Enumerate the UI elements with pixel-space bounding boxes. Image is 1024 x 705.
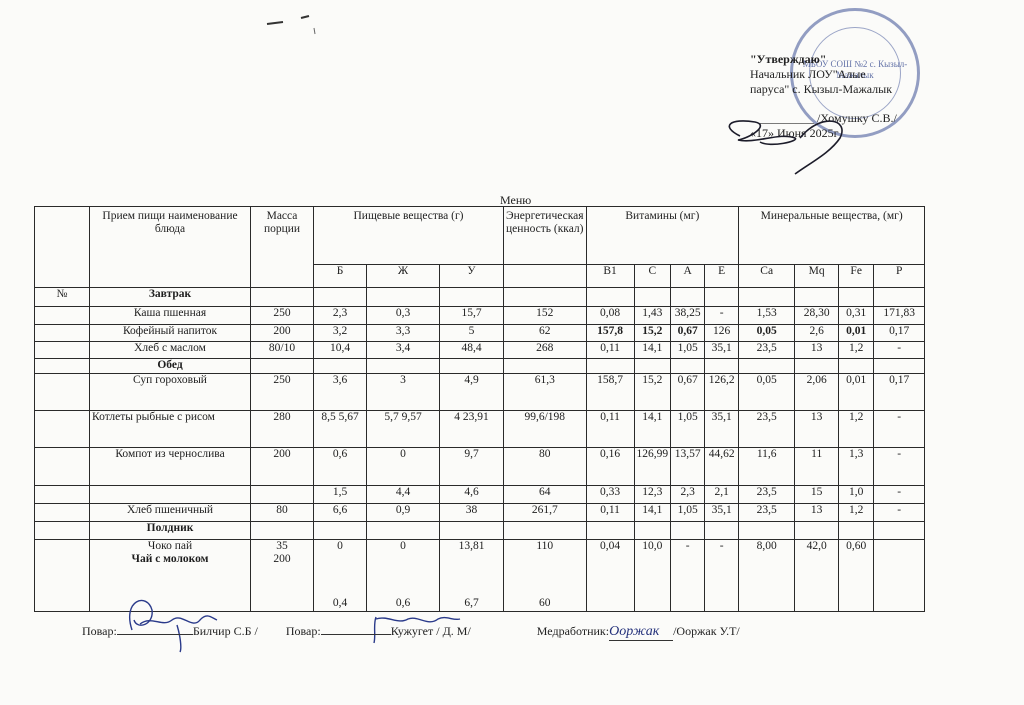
- cell-fe: 0,60: [839, 540, 874, 612]
- cell-name: Суп гороховый: [90, 374, 251, 411]
- cell-mg: 2,6: [795, 325, 839, 342]
- cell-zh: 3,3: [367, 325, 440, 342]
- vitamins-header: Витамины (мг): [586, 207, 739, 265]
- section-row-lunch: Обед: [35, 359, 925, 374]
- cell-name: Хлеб с маслом: [90, 342, 251, 359]
- cell-c: 15,2: [634, 374, 671, 411]
- cell-zh-value: 0: [369, 540, 437, 553]
- cell-e: 126,2: [705, 374, 739, 411]
- cell-zh: 0: [367, 448, 440, 486]
- medic-signature: Ооржак: [609, 624, 673, 641]
- sub-header-p: Р: [874, 265, 925, 288]
- cell-p: 0,17: [874, 374, 925, 411]
- cell-a: 0,67: [671, 325, 705, 342]
- cell-name: Кофейный напиток: [90, 325, 251, 342]
- cell-c: 10,0: [634, 540, 671, 612]
- top-scribble-marks: [265, 10, 355, 45]
- cell-a: 1,05: [671, 411, 705, 448]
- section-snack: Полдник: [90, 522, 251, 540]
- cell-b: 1,5: [314, 486, 367, 504]
- table-row: Кофейный напиток2003,23,3562157,815,20,6…: [35, 325, 925, 342]
- sub-header-mg: Мq: [795, 265, 839, 288]
- cell-ca: 23,5: [739, 411, 795, 448]
- cell-u: 4,6: [440, 486, 504, 504]
- cell-mg: 13: [795, 504, 839, 522]
- minerals-header: Минеральные вещества, (мг): [739, 207, 925, 265]
- cell-e: -: [705, 540, 739, 612]
- cell-zh: 3,4: [367, 342, 440, 359]
- cell-fe: 1,0: [839, 486, 874, 504]
- cell-mass: [251, 486, 314, 504]
- cell-u: 38: [440, 504, 504, 522]
- cell-mass-value: 35: [253, 540, 311, 553]
- cell-b1: 0,33: [586, 486, 634, 504]
- num-header: [35, 207, 90, 288]
- table-row: Хлеб пшеничный806,60,938261,70,1114,11,0…: [35, 504, 925, 522]
- cell-name: Котлеты рыбные с рисом: [90, 411, 251, 448]
- cell-ca: 23,5: [739, 486, 795, 504]
- cell-p: 0,17: [874, 325, 925, 342]
- cell-u: 9,7: [440, 448, 504, 486]
- cell-a: 38,25: [671, 307, 705, 325]
- cell-name-value: Чоко пай: [92, 540, 248, 553]
- cell-b1: 0,04: [586, 540, 634, 612]
- cell-u: 15,7: [440, 307, 504, 325]
- cell-ca: 11,6: [739, 448, 795, 486]
- cell-e: -: [705, 307, 739, 325]
- cell-e: 44,62: [705, 448, 739, 486]
- sub-header-c: С: [634, 265, 671, 288]
- cell-name: Компот из чернослива: [90, 448, 251, 486]
- cell-u: 48,4: [440, 342, 504, 359]
- cell-ca: 0,05: [739, 325, 795, 342]
- cell-mass: 80: [251, 504, 314, 522]
- cell-b1: 0,11: [586, 411, 634, 448]
- cell-fe: 0,31: [839, 307, 874, 325]
- cell-mass: 80/10: [251, 342, 314, 359]
- mass-header: Масса порции: [251, 207, 314, 288]
- sub-header-ca: Са: [739, 265, 795, 288]
- cell-energy: 152: [504, 307, 587, 325]
- sub-header-e: Е: [705, 265, 739, 288]
- medic-name: /Ооржак У.Т/: [673, 624, 740, 639]
- approval-org: паруса" с. Кызыл-Мажалык: [750, 82, 897, 97]
- table-row: Компот из чернослива2000,609,7800,16126,…: [35, 448, 925, 486]
- cell-energy: 61,3: [504, 374, 587, 411]
- energy-header: Энергетическая ценность (ккал): [504, 207, 587, 265]
- cell-energy-value: 110: [506, 540, 584, 553]
- nutrients-header: Пищевые вещества (г): [314, 207, 504, 265]
- cell-energy: 261,7: [504, 504, 587, 522]
- cell-fe: 0,01: [839, 374, 874, 411]
- sub-header-u: У: [440, 265, 504, 288]
- cell-mass: 200: [251, 448, 314, 486]
- director-signature: [700, 108, 870, 178]
- sub-header-fe: Fe: [839, 265, 874, 288]
- cell-e: 126: [705, 325, 739, 342]
- cell-mass: 200: [251, 325, 314, 342]
- approval-heading: "Утверждаю": [750, 52, 897, 67]
- cell-mass-value-2: 200: [253, 553, 311, 566]
- cell-p: -: [874, 448, 925, 486]
- cell-zh: 00,6: [367, 540, 440, 612]
- cell-zh: 4,4: [367, 486, 440, 504]
- cook1-name: Билчир С.Б /: [193, 624, 258, 639]
- cell-b1: 0,08: [586, 307, 634, 325]
- cook1-label: Повар:: [82, 624, 117, 639]
- cell-p: -: [874, 486, 925, 504]
- menu-table: Прием пищи наименование блюда Масса порц…: [34, 206, 925, 612]
- cell-c: 1,43: [634, 307, 671, 325]
- cell-mass: 250: [251, 307, 314, 325]
- cell-a: 1,05: [671, 504, 705, 522]
- cell-mg: 42,0: [795, 540, 839, 612]
- cell-fe: 1,2: [839, 504, 874, 522]
- signatures-footer: Повар:Билчир С.Б / Повар:Кужугет / Д. М/…: [82, 624, 740, 641]
- sub-header-b: Б: [314, 265, 367, 288]
- cell-b: 0,6: [314, 448, 367, 486]
- cell-a: 0,67: [671, 374, 705, 411]
- cell-zh: 0,9: [367, 504, 440, 522]
- cell-mass: 35200: [251, 540, 314, 612]
- cell-b1: 157,8: [586, 325, 634, 342]
- cell-b1: 0,11: [586, 504, 634, 522]
- cell-name: Каша пшенная: [90, 307, 251, 325]
- cell-a: 13,57: [671, 448, 705, 486]
- sub-header-a: А: [671, 265, 705, 288]
- cell-p: -: [874, 342, 925, 359]
- cell-fe: 1,3: [839, 448, 874, 486]
- cell-energy: 11060: [504, 540, 587, 612]
- cell-u: 13,816,7: [440, 540, 504, 612]
- medic-label: Медработник:: [537, 624, 609, 639]
- cell-p: 171,83: [874, 307, 925, 325]
- cell-name: Хлеб пшеничный: [90, 504, 251, 522]
- cell-p: -: [874, 504, 925, 522]
- cell-ca: 23,5: [739, 342, 795, 359]
- cell-p: [874, 540, 925, 612]
- cell-ca: 1,53: [739, 307, 795, 325]
- cell-e: 35,1: [705, 342, 739, 359]
- table-row: 1,54,44,6640,3312,32,32,123,5151,0-: [35, 486, 925, 504]
- cook2-label: Повар:: [286, 624, 321, 639]
- cell-fe: 0,01: [839, 325, 874, 342]
- approval-position: Начальник ЛОУ"Алые: [750, 67, 897, 82]
- section-row-breakfast: № Завтрак: [35, 288, 925, 307]
- cell-name: [90, 486, 251, 504]
- cell-energy: 62: [504, 325, 587, 342]
- cell-zh: 5,7 9,57: [367, 411, 440, 448]
- cell-energy-value-2: 60: [506, 597, 584, 610]
- cell-energy: 80: [504, 448, 587, 486]
- cell-b-value: 0: [316, 540, 364, 553]
- cell-a: 2,3: [671, 486, 705, 504]
- cell-u: 4,9: [440, 374, 504, 411]
- table-row: Хлеб с маслом80/1010,43,448,42680,1114,1…: [35, 342, 925, 359]
- sub-header-zh: Ж: [367, 265, 440, 288]
- cell-b1: 0,11: [586, 342, 634, 359]
- cell-fe: 1,2: [839, 411, 874, 448]
- cell-zh: 0,3: [367, 307, 440, 325]
- cell-name-value-2: Чай с молоком: [92, 553, 248, 566]
- cook2-name: Кужугет / Д. М/: [391, 624, 471, 639]
- cell-b: 10,4: [314, 342, 367, 359]
- cell-a: -: [671, 540, 705, 612]
- cell-e: 2,1: [705, 486, 739, 504]
- cell-ca: 23,5: [739, 504, 795, 522]
- cell-b: 00,4: [314, 540, 367, 612]
- section-breakfast: Завтрак: [90, 288, 251, 307]
- table-row: Суп гороховый2503,634,961,3158,715,20,67…: [35, 374, 925, 411]
- cell-u-value: 13,81: [442, 540, 501, 553]
- table-row: Котлеты рыбные с рисом2808,5 5,675,7 9,5…: [35, 411, 925, 448]
- section-row-snack: Полдник: [35, 522, 925, 540]
- cell-mg: 13: [795, 411, 839, 448]
- cell-mg: 13: [795, 342, 839, 359]
- cell-ca: 0,05: [739, 374, 795, 411]
- cell-mg: 11: [795, 448, 839, 486]
- cell-e: 35,1: [705, 504, 739, 522]
- section-lunch: Обед: [90, 359, 251, 374]
- cell-mass: 250: [251, 374, 314, 411]
- cell-ca: 8,00: [739, 540, 795, 612]
- cell-c: 14,1: [634, 504, 671, 522]
- cell-u: 5: [440, 325, 504, 342]
- cell-energy: 64: [504, 486, 587, 504]
- cell-zh: 3: [367, 374, 440, 411]
- sub-header-b1: В1: [586, 265, 634, 288]
- cell-energy: 268: [504, 342, 587, 359]
- cell-mass: 280: [251, 411, 314, 448]
- cook1-signature: [122, 590, 222, 655]
- cell-c: 126,99: [634, 448, 671, 486]
- cell-mg: 28,30: [795, 307, 839, 325]
- cell-b: 3,2: [314, 325, 367, 342]
- cell-mg: 15: [795, 486, 839, 504]
- num-label: №: [35, 288, 90, 307]
- table-row: Каша пшенная2502,30,315,71520,081,4338,2…: [35, 307, 925, 325]
- cell-c: 12,3: [634, 486, 671, 504]
- cell-mg: 2,06: [795, 374, 839, 411]
- cell-energy: 99,6/198: [504, 411, 587, 448]
- cell-b: 8,5 5,67: [314, 411, 367, 448]
- cell-b-value-2: 0,4: [316, 597, 364, 610]
- cell-p: -: [874, 411, 925, 448]
- cell-b: 3,6: [314, 374, 367, 411]
- cell-e: 35,1: [705, 411, 739, 448]
- cell-u: 4 23,91: [440, 411, 504, 448]
- cell-c: 14,1: [634, 411, 671, 448]
- cell-fe: 1,2: [839, 342, 874, 359]
- cell-b1: 158,7: [586, 374, 634, 411]
- cell-a: 1,05: [671, 342, 705, 359]
- cell-b1: 0,16: [586, 448, 634, 486]
- cell-c: 15,2: [634, 325, 671, 342]
- cell-c: 14,1: [634, 342, 671, 359]
- cell-b: 6,6: [314, 504, 367, 522]
- cell-b: 2,3: [314, 307, 367, 325]
- name-header: Прием пищи наименование блюда: [90, 207, 251, 288]
